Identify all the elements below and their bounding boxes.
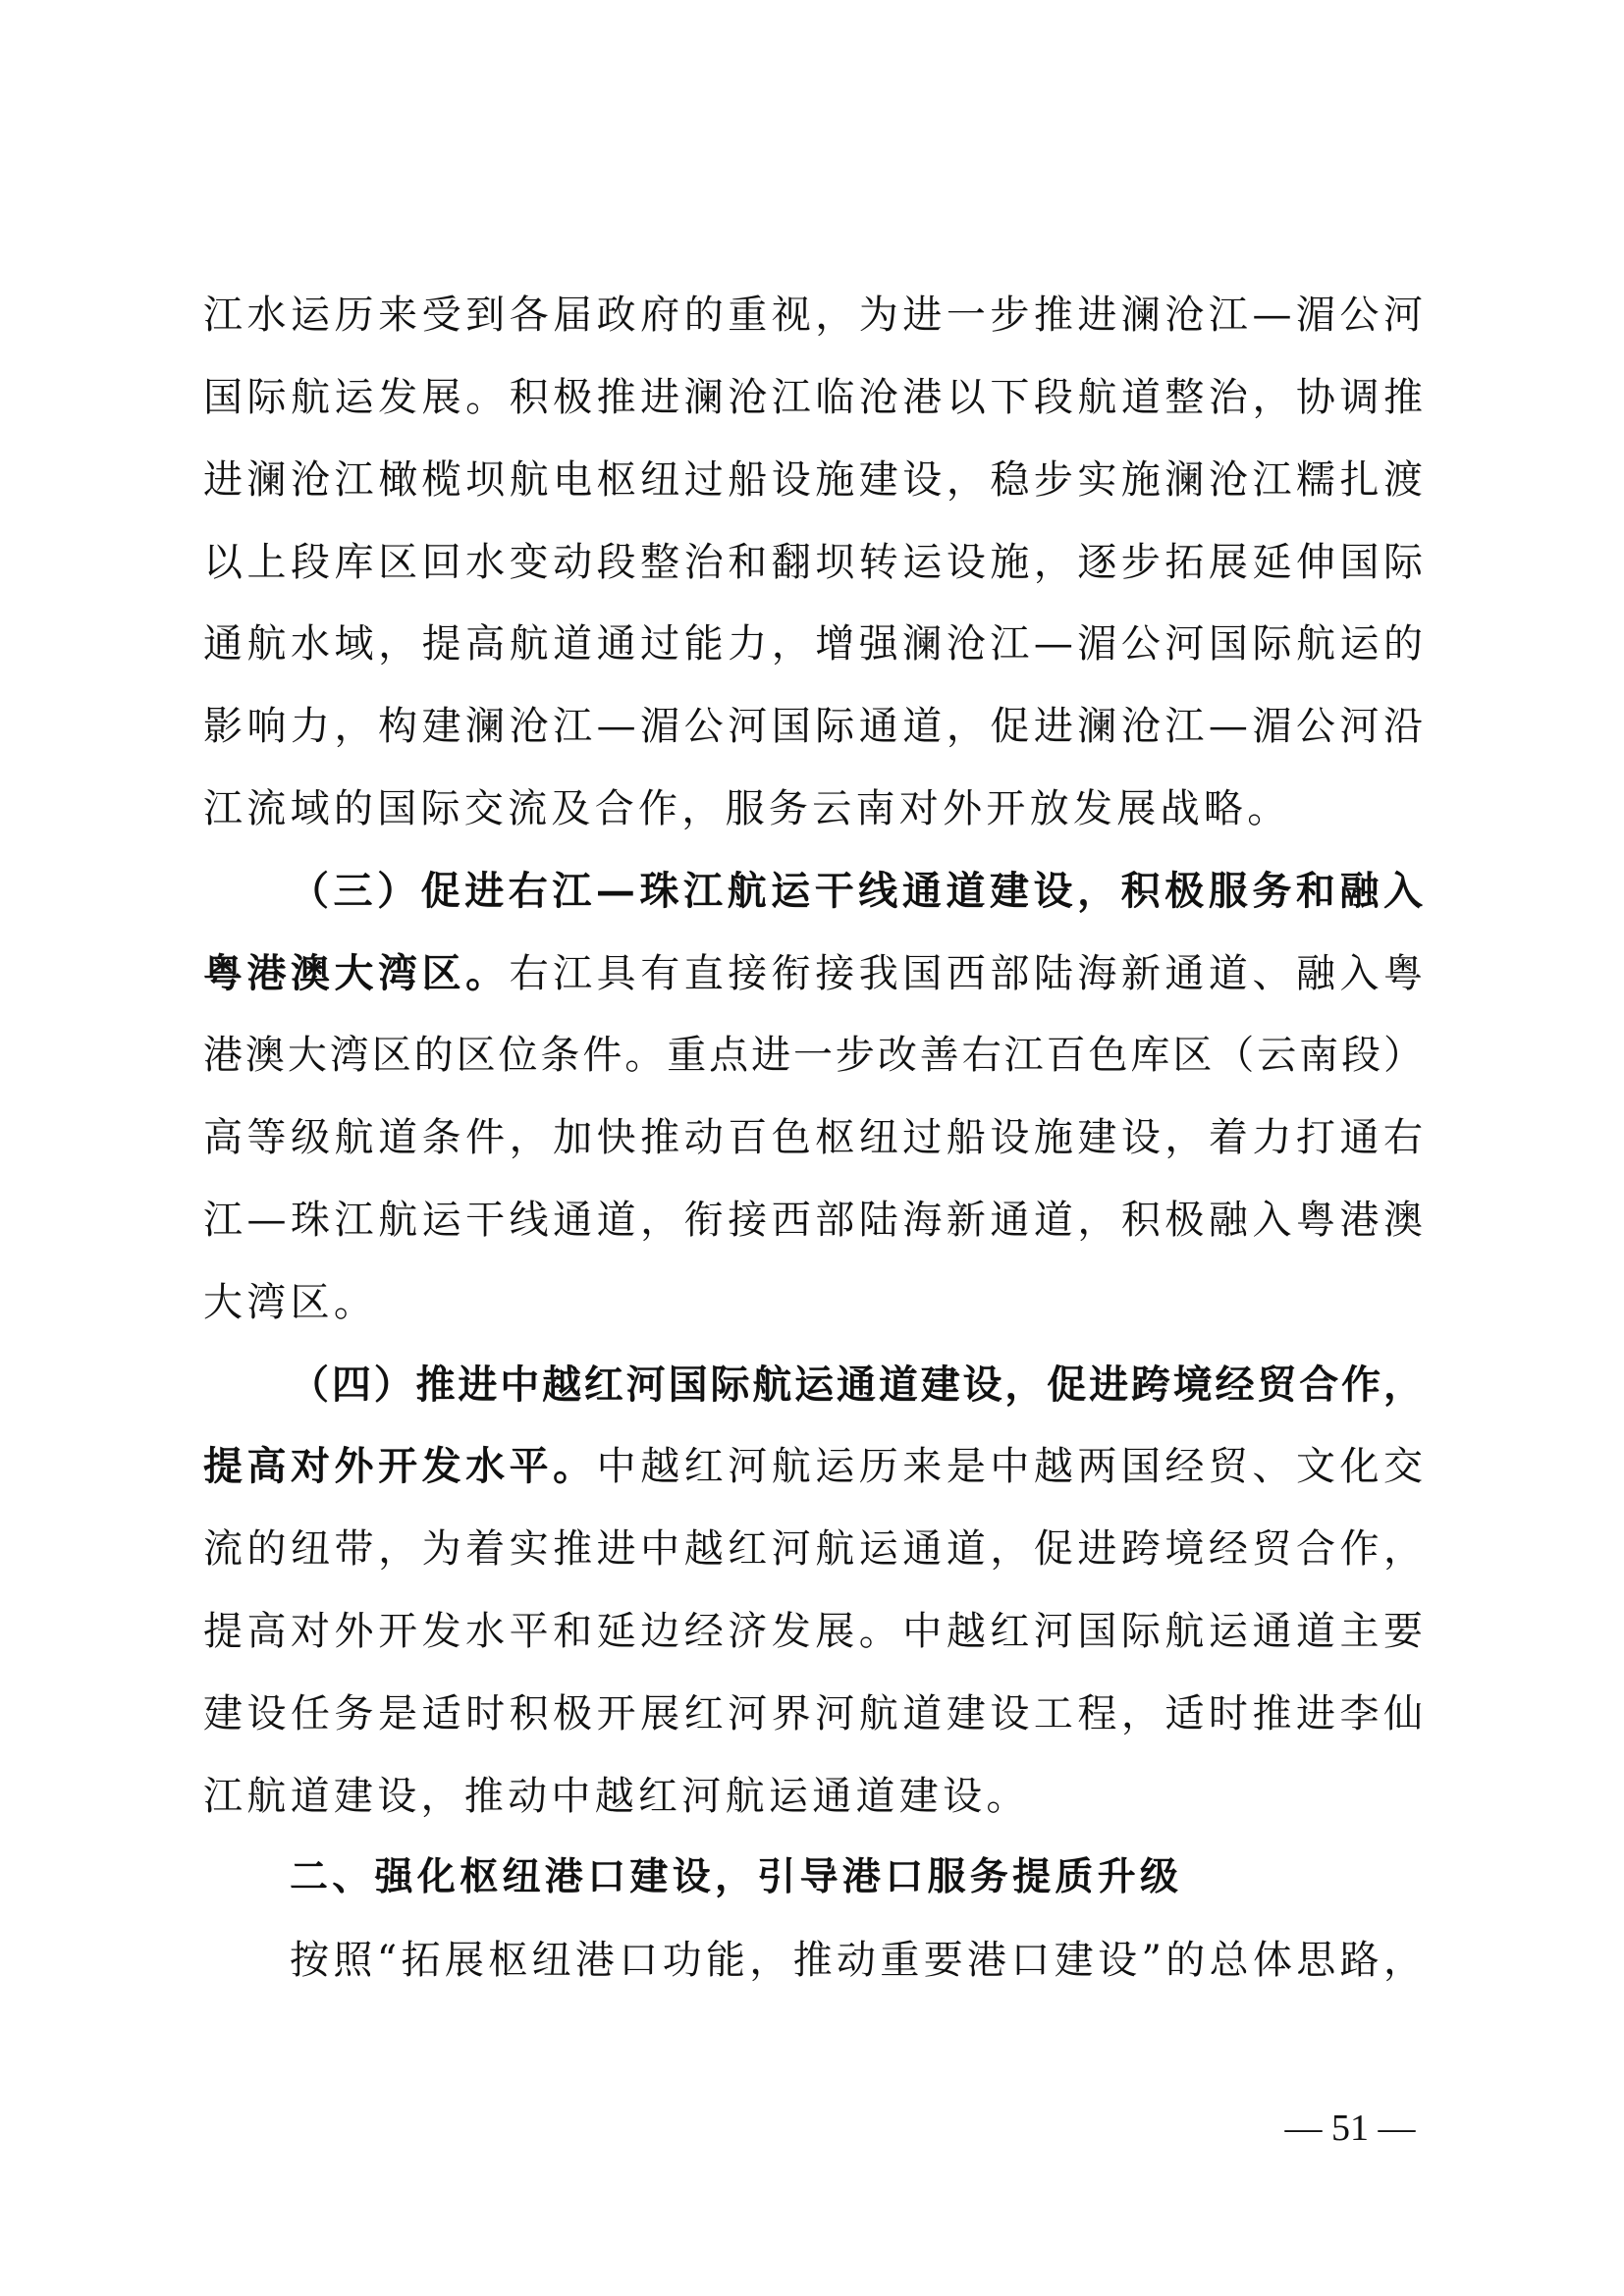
paragraph-line: 江流域的国际交流及合作，服务云南对外开放发展战略。 [203,779,1423,838]
subsection-heading-3-cont: 粤港澳大湾区。 [203,950,510,996]
paragraph-line: 大湾区。 [203,1273,1423,1332]
paragraph-line: 通航水域，提高航道通过能力，增强澜沧江—湄公河国际航运的 [203,614,1423,673]
paragraph-text: 中越红河航运历来是中越两国经贸、文化交 [597,1444,1423,1489]
paragraph-line: 港澳大湾区的区位条件。重点进一步改善右江百色库区（云南段） [203,1026,1423,1085]
paragraph-line: 影响力，构建澜沧江—湄公河国际通道，促进澜沧江—湄公河沿 [203,697,1423,756]
paragraph-line: 国际航运发展。积极推进澜沧江临沧港以下段航道整治，协调推 [203,368,1423,427]
paragraph-line: 江—珠江航运干线通道，衔接西部陆海新通道，积极融入粤港澳 [203,1191,1423,1250]
paragraph-line: 进澜沧江橄榄坝航电枢纽过船设施建设，稳步实施澜沧江糯扎渡 [203,451,1423,509]
paragraph-line: 按照“拓展枢纽港口功能，推动重要港口建设”的总体思路， [290,1931,1423,1990]
section-heading: 二、强化枢纽港口建设，引导港口服务提质升级 [290,1848,1423,1907]
paragraph-line: 以上段库区回水变动段整治和翻坝转运设施，逐步拓展延伸国际 [203,533,1423,592]
paragraph-line: 建设任务是适时积极开展红河界河航道建设工程，适时推进李仙 [203,1684,1423,1743]
subsection-heading-4-cont: 提高对外开发水平。 [203,1443,597,1489]
paragraph-line: 粤港澳大湾区。右江具有直接衔接我国西部陆海新通道、融入粤 [203,944,1423,1003]
paragraph-text: 右江具有直接衔接我国西部陆海新通道、融入粤 [510,951,1423,996]
subsection-heading-3: （三）促进右江—珠江航运干线通道建设，积极服务和融入 [290,862,1423,921]
paragraph-line: 江航道建设，推动中越红河航运通道建设。 [203,1767,1423,1826]
subsection-heading-4: （四）推进中越红河国际航运通道建设，促进跨境经贸合作， [290,1356,1423,1415]
paragraph-line: 提高对外开发水平。中越红河航运历来是中越两国经贸、文化交 [203,1437,1423,1496]
document-page: 江水运历来受到各届政府的重视，为进一步推进澜沧江—湄公河 国际航运发展。积极推进… [0,0,1624,2296]
paragraph-line: 江水运历来受到各届政府的重视，为进一步推进澜沧江—湄公河 [203,286,1423,345]
paragraph-line: 高等级航道条件，加快推动百色枢纽过船设施建设，着力打通右 [203,1108,1423,1167]
page-number: — 51 — [1267,2104,1434,2153]
paragraph-line: 提高对外开发水平和延边经济发展。中越红河国际航运通道主要 [203,1602,1423,1661]
paragraph-line: 流的纽带，为着实推进中越红河航运通道，促进跨境经贸合作， [203,1520,1423,1578]
